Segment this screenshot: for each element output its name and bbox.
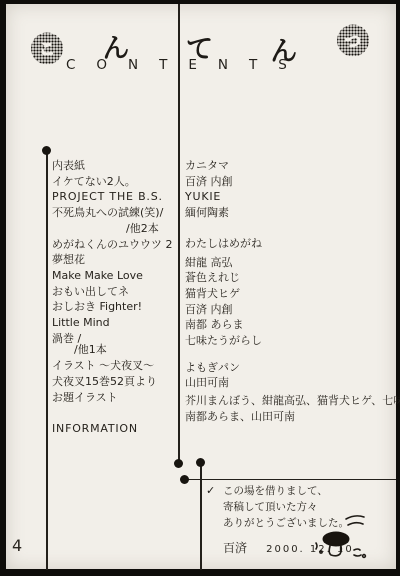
note-rail-dot bbox=[196, 458, 205, 467]
left-rail-line bbox=[46, 151, 48, 570]
check-icon: ✓ bbox=[206, 484, 215, 497]
mushroom-doodle bbox=[306, 512, 370, 560]
header-kana-ko: こ bbox=[39, 40, 55, 59]
credit-name: 猫背犬ヒゲ bbox=[185, 286, 397, 302]
toc-item-source-note: 犬夜叉15巻52頁より bbox=[52, 374, 178, 390]
page-number: 4 bbox=[12, 536, 22, 555]
toc-item: 夢想花 bbox=[52, 252, 178, 268]
credit-name: 七味たうがらし bbox=[185, 333, 397, 349]
credit-name: わたしはめがね bbox=[185, 236, 397, 252]
credit-name: YUKIE bbox=[185, 189, 397, 205]
toc-title-column: 内表紙 イケてない2人。 PROJECT THE B.S. 不死鳥丸への試練(笑… bbox=[52, 158, 178, 437]
toc-item-extra-count: /他2本 bbox=[52, 221, 178, 237]
toc-item: おもい出してネ bbox=[52, 284, 178, 300]
halftone-circle-ko-icon: こ bbox=[30, 31, 64, 66]
toc-item: PROJECT THE B.S. bbox=[52, 189, 178, 205]
toc-item: イラスト ～犬夜叉～ bbox=[52, 358, 178, 374]
center-divider-line bbox=[178, 4, 180, 462]
toc-item: お題イラスト bbox=[52, 390, 178, 406]
credit-name: 山田可南 bbox=[185, 375, 397, 391]
halftone-circle-tsu-icon: つ bbox=[336, 23, 370, 58]
contents-title: CONTENTS bbox=[66, 57, 308, 73]
credit-name-list: 南都あらま、山田可南 bbox=[185, 409, 397, 425]
toc-item-information: INFORMATION bbox=[52, 421, 178, 437]
note-line: この場を借りまして、 bbox=[223, 483, 398, 499]
scanned-page: こ ん て ん つ CONTENTS 内表紙 イケてない2人。 PROJECT … bbox=[0, 0, 400, 576]
credit-name: よもぎパン bbox=[185, 360, 397, 376]
note-separator-dot bbox=[180, 475, 189, 484]
note-rail-line bbox=[200, 463, 202, 570]
left-rail-dot bbox=[42, 146, 51, 155]
note-separator-line bbox=[184, 479, 396, 481]
toc-item: おしおき Fighter! bbox=[52, 299, 178, 315]
credit-name-list: 芥川まんぼう、紺龍高弘、猫背犬ヒゲ、七味たうがらし bbox=[185, 393, 397, 409]
divider-end-dot bbox=[174, 459, 183, 468]
credit-name: 百済 内創 bbox=[185, 174, 397, 190]
credit-name: 緬何陶素 bbox=[185, 205, 397, 221]
credit-name: 蒼色えれじ bbox=[185, 270, 397, 286]
toc-item: Little Mind bbox=[52, 315, 178, 331]
credit-name: カニタマ bbox=[185, 158, 397, 174]
credits-column: カニタマ 百済 内創 YUKIE 緬何陶素 わたしはめがね 紺龍 高弘 蒼色えれ… bbox=[185, 158, 397, 425]
credit-name: 紺龍 高弘 bbox=[185, 255, 397, 271]
credit-name: 百済 内創 bbox=[185, 302, 397, 318]
toc-item: イケてない2人。 bbox=[52, 174, 178, 190]
toc-item: 不死鳥丸への試練(笑)/ bbox=[52, 205, 178, 221]
header-kana-tsu: つ bbox=[345, 32, 361, 51]
credit-name: 南都 あらま bbox=[185, 317, 397, 333]
toc-item: Make Make Love bbox=[52, 268, 178, 284]
toc-item: めがねくんのユウウツ 2 bbox=[52, 237, 178, 253]
toc-item: 内表紙 bbox=[52, 158, 178, 174]
note-signature: 百済 bbox=[223, 539, 247, 556]
